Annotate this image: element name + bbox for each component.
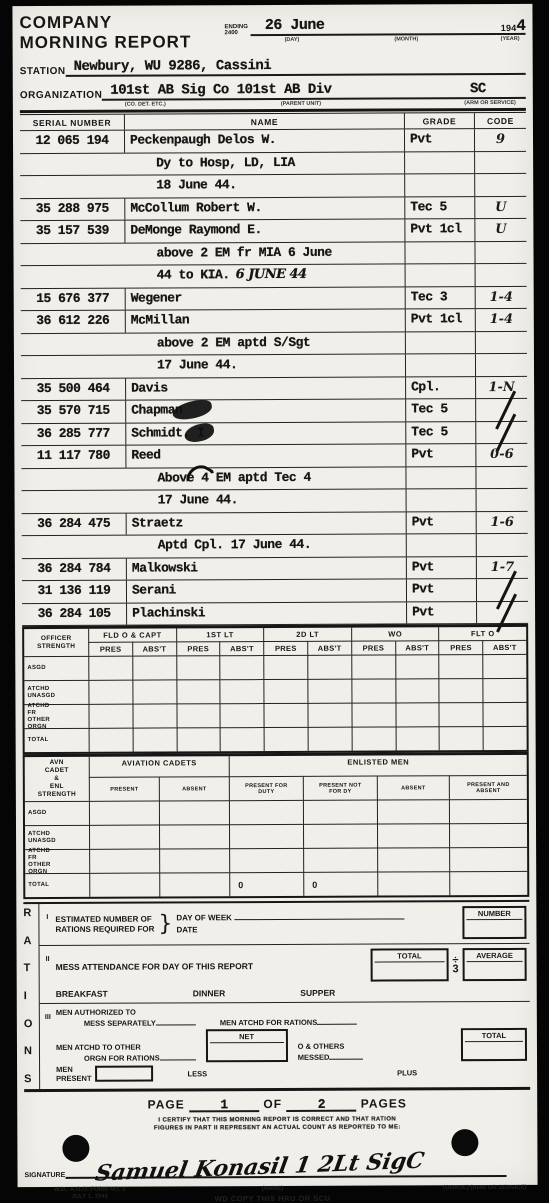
officer-strength-cell	[132, 655, 176, 679]
officer-sub-header: PRES	[351, 640, 395, 654]
soldier-name: Reed	[125, 444, 405, 467]
officer-strength-cell	[395, 654, 439, 678]
breakfast-label: BREAKFAST	[56, 989, 108, 999]
handwritten-code: U	[495, 222, 506, 237]
roster-row: 11 117 780ReedPvt0-6	[21, 444, 527, 469]
officer-strength-cell	[264, 727, 308, 751]
roster-row: above 2 EM fr MIA 6 June	[20, 241, 526, 266]
cadet-strength-cell	[89, 849, 159, 873]
code	[475, 399, 527, 421]
serial-number: 35 288 975	[20, 198, 124, 220]
numeral-iii: III	[40, 1008, 56, 1085]
grade: Pvt 1cl	[404, 219, 474, 241]
roster-row: 17 June 44.	[21, 354, 527, 379]
grade: Tec 5	[405, 422, 475, 444]
cadet-strength-cell	[229, 848, 303, 872]
cadet-row-label: TOTAL	[25, 873, 89, 897]
officer-strength-cell	[307, 655, 351, 679]
grade-arm-sublabel: (GRADE) (ARM OR SERVICE)	[391, 1185, 531, 1202]
officer-sub-header: ABS'T	[132, 641, 176, 655]
average-box: AVERAGE	[463, 948, 527, 981]
cadet-strength-corner: AVNCADET&ENLSTRENGTH	[25, 757, 89, 801]
grade	[405, 264, 475, 286]
officer-sub-header: PRES	[88, 642, 132, 656]
rations-letter: R	[23, 908, 38, 919]
cadet-strength-cell	[449, 823, 527, 847]
enlisted-strength-table: AVNCADET&ENLSTRENGTHAVIATION CADETSENLIS…	[23, 752, 530, 899]
cadet-sub-header: PRESENT FORDUTY	[229, 776, 303, 800]
morning-report-form: COMPANY MORNING REPORT ENDING 2400 26 Ju…	[12, 4, 537, 1187]
roster-row: 31 136 119SeraniPvt	[22, 579, 528, 604]
soldier-name: Straetz	[126, 512, 406, 535]
soldier-name: Above 4 EM aptd Tec 4	[125, 467, 405, 490]
roster-row: 36 284 784MalkowskiPvt1-7	[22, 556, 528, 581]
serial-number: 11 117 780	[21, 446, 125, 468]
cadet-strength-cell: 0	[303, 872, 377, 896]
cadet-strength-cell	[159, 848, 229, 872]
scanned-document: COMPANY MORNING REPORT ENDING 2400 26 Ju…	[0, 0, 549, 1203]
roster-row: Dy to Hosp, LD, LIA	[20, 151, 526, 176]
officer-strength-cell	[351, 702, 395, 726]
page-number: 1	[189, 1098, 259, 1112]
date-field: 26 June	[251, 15, 497, 36]
soldier-name: Plachinski	[126, 602, 406, 625]
dinner-label: DINNER	[193, 988, 226, 998]
officer-row-label: ATCHDUNASGD	[24, 680, 88, 704]
cadet-group-header: ENLISTED MEN	[229, 755, 527, 776]
rations-vertical-label: RATIONS	[23, 904, 39, 1089]
pages-total: 2	[286, 1098, 356, 1112]
serial-number: 36 284 784	[22, 558, 126, 580]
officer-group-header: 2D LT	[263, 628, 351, 641]
soldier-name: above 2 EM aptd S/Sgt	[125, 332, 405, 355]
officer-strength-cell	[264, 679, 308, 703]
officer-row-label: ASGD	[24, 656, 88, 680]
roster-row: above 2 EM aptd S/Sgt	[21, 331, 527, 356]
officer-group-header: FLT O	[439, 627, 527, 640]
handwritten-code: U	[495, 199, 506, 214]
code	[474, 174, 526, 196]
officer-strength-cell	[132, 679, 176, 703]
soldier-name: Schmidt. I	[125, 422, 405, 445]
month-label: (MONTH)	[394, 36, 418, 42]
serial-number	[22, 491, 126, 513]
cadet-strength-cell	[303, 848, 377, 872]
roster-row: 15 676 377WegenerTec 31-4	[21, 286, 527, 311]
officer-sub-header: ABS'T	[395, 640, 439, 654]
code	[476, 489, 528, 511]
form-footer: W.D., A.G.O. FORM NO. 1 JULY 1, 1943 (NA…	[25, 1185, 531, 1203]
name-sublabel: (NAME)	[155, 1186, 391, 1194]
signature-handwriting: Samuel Konasil 1 2Lt SigC	[93, 1148, 426, 1187]
soldier-name: Dy to Hosp, LD, LIA	[124, 152, 404, 175]
men-present-label: MEN PRESENT	[56, 1065, 92, 1083]
officer-sub-header: PRES	[176, 641, 220, 655]
officer-strength-cell	[220, 727, 264, 751]
code: 0-6	[475, 444, 527, 466]
soldier-name: 17 June 44.	[126, 489, 406, 512]
serial-number: 36 612 226	[21, 311, 125, 333]
officer-strength-cell	[351, 654, 395, 678]
cadet-strength-cell	[89, 873, 159, 897]
code: 1-N	[475, 376, 527, 398]
cadet-strength-cell	[159, 872, 229, 896]
cadet-strength-cell	[377, 847, 449, 871]
serial-number	[22, 536, 126, 558]
officer-group-header: FLD O & CAPT	[88, 628, 176, 641]
code: 9	[474, 129, 526, 151]
grade: Pvt 1cl	[405, 309, 475, 331]
station-line: STATION Newbury, WU 9286, Cassini	[20, 57, 526, 77]
officer-strength-cell	[132, 703, 176, 727]
code	[475, 421, 527, 443]
grade	[405, 467, 475, 489]
code	[476, 579, 528, 601]
rations-part-3: III MEN AUTHORIZED TO MESS SEPARATELY	[40, 1002, 530, 1089]
of-label: OF	[263, 1097, 282, 1111]
rations-section: RATIONS I ESTIMATED NUMBER OF RATIONS RE…	[23, 900, 530, 1092]
cadet-sub-header: ABSENT	[377, 775, 449, 799]
numeral-i: I	[39, 908, 55, 941]
officer-strength-cell	[351, 678, 395, 702]
cadet-strength-cell	[159, 800, 229, 824]
roster-row: Above 4 EM aptd Tec 4	[21, 466, 527, 491]
estimated-rations-label: ESTIMATED NUMBER OF RATIONS REQUIRED FOR	[55, 914, 154, 934]
cadet-row-label: ATCHDUNASGD	[25, 825, 89, 849]
officer-sub-header: ABS'T	[220, 641, 264, 655]
cadet-strength-cell	[89, 801, 159, 825]
roster-table: SERIAL NUMBERNAMEGRADECODE12 065 194Peck…	[20, 113, 528, 626]
wd-copy-text: WD COPY THIS HRU OR SCU	[155, 1195, 391, 1203]
numeral-ii: II	[40, 950, 56, 999]
grade: Pvt	[406, 602, 476, 624]
officer-strength-cell	[88, 704, 132, 728]
grade: Pvt	[406, 557, 476, 579]
serial-number: 35 570 715	[21, 401, 125, 423]
officer-strength-cell	[89, 728, 133, 752]
serial-number	[21, 266, 125, 288]
organization-label: ORGANIZATION	[20, 90, 103, 101]
serial-number: 35 500 464	[21, 378, 125, 400]
code	[475, 354, 527, 376]
soldier-name: Davis	[125, 377, 405, 400]
officer-strength-cell	[483, 678, 527, 702]
cadet-strength-cell	[159, 824, 229, 848]
officer-strength-cell	[483, 726, 527, 750]
officer-strength-cell	[220, 655, 264, 679]
divide-by-three: ÷ 3	[448, 956, 462, 974]
mess-attendance-label: MESS ATTENDANCE FOR DAY OF THIS REPORT	[56, 961, 253, 972]
signature-label: SIGNATURE	[25, 1172, 66, 1179]
page-line: PAGE 1 OF 2 PAGES	[24, 1096, 530, 1113]
officer-strength-cell	[351, 726, 395, 750]
cadet-sub-header: PRESENT NOTFOR DY	[303, 776, 377, 800]
signature-field: Samuel Konasil 1 2Lt SigC	[65, 1147, 506, 1179]
serial-number: 12 065 194	[20, 131, 124, 153]
officer-strength-cell	[482, 654, 526, 678]
atchd-for-rations-blank	[317, 1016, 357, 1025]
station-value: Newbury, WU 9286, Cassini	[66, 57, 526, 77]
cadet-group-header: AVIATION CADETS	[89, 756, 229, 777]
handwritten-code: 9	[496, 132, 505, 147]
rations-part-1: I ESTIMATED NUMBER OF RATIONS REQUIRED F…	[39, 902, 529, 946]
rations-total-box: TOTAL	[461, 1028, 527, 1061]
officer-strength-cell	[483, 702, 527, 726]
roster-header-name: NAME	[124, 113, 404, 129]
officer-strength-cell	[395, 678, 439, 702]
officer-strength-cell	[439, 678, 483, 702]
officer-row-label: TOTAL	[25, 728, 89, 752]
less-label: LESS	[188, 1069, 208, 1078]
ink-blot	[183, 421, 216, 443]
officer-strength-cell	[439, 726, 483, 750]
cadet-sub-header: ABSENT	[159, 776, 229, 800]
grade: Cpl.	[405, 377, 475, 399]
code: 1-7	[476, 556, 528, 578]
others-messed-label: O & OTHERS MESSED	[298, 1042, 364, 1062]
grade: Pvt	[405, 444, 475, 466]
handwritten-note: 6 JUNE 44	[236, 267, 307, 282]
grade	[404, 242, 474, 264]
form-number: W.D., A.G.O. FORM NO. 1 JULY 1, 1943	[25, 1187, 155, 1203]
serial-number	[20, 153, 124, 175]
pages-label: PAGES	[361, 1096, 407, 1110]
roster-header-serial: SERIAL NUMBER	[20, 115, 124, 130]
roster-row: 36 284 475StraetzPvt1-6	[22, 511, 528, 536]
serial-number: 36 284 475	[22, 513, 126, 535]
others-messed-blank	[329, 1051, 363, 1060]
rations-letter: N	[24, 1046, 39, 1057]
roster-row: 36 285 777Schmidt. ITec 5	[21, 421, 527, 446]
ink-blot	[171, 398, 213, 422]
cadet-strength-cell	[89, 825, 159, 849]
officer-strength-cell	[263, 655, 307, 679]
code	[475, 466, 527, 488]
soldier-name: above 2 EM fr MIA 6 June	[124, 242, 404, 265]
code	[475, 264, 527, 286]
cadet-strength-cell	[229, 800, 303, 824]
serial-number	[21, 333, 125, 355]
grade: Tec 5	[405, 399, 475, 421]
code: U	[474, 219, 526, 241]
cadet-row-label: ASGD	[25, 801, 89, 825]
mess-total-box: TOTAL	[370, 948, 448, 981]
officer-strength-cell	[395, 702, 439, 726]
organization-value: 101st AB Sig Co 101st AB Div	[110, 82, 331, 99]
date-sublabels: (DAY) (MONTH) (YEAR)	[225, 35, 526, 43]
soldier-name: Aptd Cpl. 17 June 44.	[126, 534, 406, 557]
serial-number: 35 157 539	[20, 221, 124, 243]
officer-group-header: 1ST LT	[176, 628, 264, 641]
supper-label: SUPPER	[300, 988, 335, 998]
parent-unit-label: (PARENT UNIT)	[281, 101, 321, 107]
code	[474, 151, 526, 173]
grade	[405, 332, 475, 354]
officer-strength-cell	[88, 656, 132, 680]
rations-letter: T	[24, 963, 39, 974]
number-box: NUMBER	[462, 906, 526, 939]
form-title-line2: MORNING REPORT	[20, 32, 225, 53]
page-label: PAGE	[148, 1097, 185, 1111]
officer-strength-cell	[395, 726, 439, 750]
grade: Pvt	[406, 579, 476, 601]
cadet-strength-cell	[377, 823, 449, 847]
plus-label: PLUS	[397, 1068, 417, 1077]
grade: Tec 3	[405, 287, 475, 309]
cadet-row-label: ATCHDFROTHERORGN	[25, 849, 89, 873]
date-value: 26 June	[265, 17, 325, 34]
roster-row: 17 June 44.	[22, 489, 528, 514]
year-field: 194 4	[497, 19, 526, 35]
roster-row: 12 065 194Peckenpaugh Delos W.Pvt9	[20, 129, 526, 154]
code: 1-4	[475, 309, 527, 331]
grade: Tec 5	[404, 197, 474, 219]
rations-letter: S	[24, 1074, 39, 1085]
code: 1-4	[475, 286, 527, 308]
officer-group-header: WO	[351, 627, 439, 640]
serial-number	[20, 243, 124, 265]
handwritten-code: 1-6	[490, 514, 514, 529]
serial-number	[20, 176, 124, 198]
serial-number: 15 676 377	[21, 288, 125, 310]
officer-strength-cell	[176, 655, 220, 679]
roster-row: 35 157 539DeMonge Raymond E.Pvt 1clU	[20, 219, 526, 244]
cadet-strength-cell	[303, 824, 377, 848]
atchd-other-orgn-blank	[160, 1051, 196, 1060]
date-field-rations: DATE	[176, 923, 462, 936]
roster-row: 18 June 44.	[20, 174, 526, 199]
cadet-strength-cell: 0	[229, 872, 303, 896]
code	[475, 331, 527, 353]
form-title: COMPANY MORNING REPORT	[19, 12, 224, 53]
handwritten-code: 1-N	[488, 379, 514, 394]
cadet-strength-cell	[449, 847, 527, 871]
station-label: STATION	[20, 66, 66, 77]
code	[474, 241, 526, 263]
roster-header-grade: GRADE	[404, 113, 474, 128]
grade	[404, 174, 474, 196]
day-of-week-field: DAY OF WEEK	[176, 910, 462, 924]
rations-part-2: II MESS ATTENDANCE FOR DAY OF THIS REPOR…	[40, 944, 530, 1004]
report-date-block: ENDING 2400 26 June 194 4 (DAY) (MONTH) …	[224, 11, 525, 43]
cadet-strength-cell	[449, 799, 527, 823]
grade: Pvt	[406, 512, 476, 534]
soldier-name: Malkowski	[126, 557, 406, 580]
soldier-name: DeMonge Raymond E.	[124, 219, 404, 242]
cadet-strength-cell	[377, 871, 449, 895]
year-printed: 194	[501, 23, 517, 33]
day-label: (DAY)	[285, 37, 300, 43]
handwritten-code: 1-7	[491, 559, 515, 574]
certification-text: I CERTIFY THAT THIS MORNING REPORT IS CO…	[24, 1115, 530, 1133]
handwritten-code: 1-4	[490, 312, 514, 327]
grade	[406, 534, 476, 556]
serial-number	[21, 356, 125, 378]
year-label: (YEAR)	[501, 36, 520, 42]
officer-sub-header: PRES	[439, 640, 483, 654]
handwritten-code: 0-6	[490, 447, 514, 462]
serial-number	[21, 468, 125, 490]
officer-strength-corner: OFFICERSTRENGTH	[24, 629, 88, 656]
net-box: NET	[206, 1029, 288, 1062]
roster-row: 35 288 975McCollum Robert W.Tec 5U	[20, 196, 526, 221]
handwritten-code: 1-4	[489, 289, 513, 304]
arm-service-value: SC	[470, 81, 486, 97]
roster-row: Aptd Cpl. 17 June 44.	[22, 534, 528, 559]
cadet-strength-cell	[377, 799, 449, 823]
grade: Pvt	[404, 129, 474, 151]
officer-strength-cell	[264, 703, 308, 727]
grade	[406, 489, 476, 511]
cadet-strength-cell	[303, 800, 377, 824]
cadet-sub-header: PRESENT ANDABSENT	[449, 775, 527, 799]
officer-strength-cell	[220, 703, 264, 727]
brace-glyph: }	[154, 911, 176, 936]
serial-number: 36 285 777	[21, 423, 125, 445]
form-header: COMPANY MORNING REPORT ENDING 2400 26 Ju…	[19, 9, 525, 53]
organization-line: ORGANIZATION 101st AB Sig Co 101st AB Di…	[20, 81, 526, 101]
officer-strength-cell	[176, 727, 220, 751]
mess-separately-blank	[156, 1016, 196, 1025]
cadet-sub-header: PRESENT	[89, 777, 159, 801]
grade	[404, 152, 474, 174]
soldier-name: McMillan	[125, 309, 405, 332]
co-det-label: (CO. DET. ETC.)	[125, 101, 166, 107]
code	[476, 601, 528, 623]
soldier-name: Chapman	[125, 399, 405, 422]
ending-2400-label: ENDING 2400	[225, 24, 251, 36]
officer-strength-cell	[308, 727, 352, 751]
rations-letter: A	[23, 936, 38, 947]
atchd-for-rations-label: MEN ATCHD FOR RATIONS	[220, 1016, 357, 1028]
day-of-week-blank	[234, 910, 404, 920]
organization-value-field: 101st AB Sig Co 101st AB Div SC	[102, 81, 526, 101]
roster-row: 35 570 715ChapmanTec 5	[21, 399, 527, 424]
form-title-line1: COMPANY	[19, 12, 224, 33]
grade	[405, 354, 475, 376]
officer-strength-table: OFFICERSTRENGTHFLD O & CAPT1ST LT2D LTWO…	[22, 624, 529, 754]
officer-sub-header: ABS'T	[482, 640, 526, 654]
roster-header-code: CODE	[474, 113, 526, 128]
officer-strength-cell	[439, 702, 483, 726]
cadet-strength-cell	[229, 824, 303, 848]
officer-sub-header: PRES	[263, 641, 307, 655]
rations-letter: O	[24, 1019, 39, 1030]
soldier-name: Serani	[126, 579, 406, 602]
officer-strength-cell	[88, 680, 132, 704]
officer-strength-cell	[176, 703, 220, 727]
serial-number: 31 136 119	[22, 581, 126, 603]
year-typed: 4	[516, 19, 525, 33]
code: 1-6	[476, 511, 528, 533]
soldier-name: 44 to KIA.6 JUNE 44	[125, 264, 405, 287]
cadet-strength-cell	[449, 871, 527, 895]
signature-row: SIGNATURE Samuel Konasil 1 2Lt SigC	[24, 1147, 530, 1179]
roster-row: 36 612 226McMillanPvt 1cl1-4	[21, 309, 527, 334]
rations-letter: I	[24, 991, 39, 1002]
officer-strength-cell	[220, 679, 264, 703]
officer-strength-cell	[176, 679, 220, 703]
roster-row: 35 500 464DavisCpl.1-N	[21, 376, 527, 401]
soldier-name: McCollum Robert W.	[124, 197, 404, 220]
men-present-box	[95, 1066, 153, 1082]
code	[476, 534, 528, 556]
soldier-name: Peckenpaugh Delos W.	[124, 129, 404, 152]
officer-row-label: ATCHDFROTHERORGN	[24, 704, 88, 728]
roster-row: 44 to KIA.6 JUNE 44	[21, 264, 527, 289]
serial-number: 36 284 105	[22, 603, 126, 625]
officer-strength-cell	[132, 727, 176, 751]
